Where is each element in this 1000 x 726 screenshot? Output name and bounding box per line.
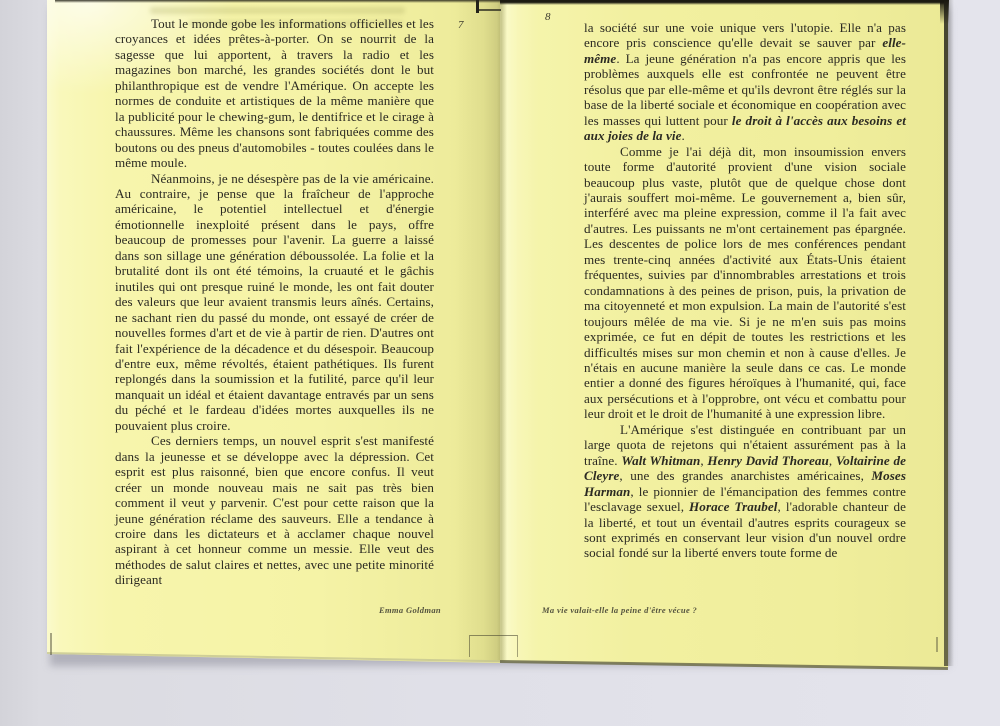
page-top-edge-shadow xyxy=(500,0,947,5)
page-corner-shadow xyxy=(940,0,949,24)
gutter-shadow xyxy=(455,0,539,662)
crop-mark-bottom-center xyxy=(469,635,518,657)
left-page-text: Tout le monde gobe les informations offi… xyxy=(115,16,434,588)
spine-mark xyxy=(479,9,501,11)
paragraph: Comme je l'ai déjà dit, mon insoumission… xyxy=(584,144,906,422)
running-footer-author: Emma Goldman xyxy=(115,605,441,615)
right-page-text: la société sur une voie unique vers l'ut… xyxy=(584,20,906,561)
ink-bleedthrough xyxy=(150,7,405,14)
paragraph: Néanmoins, je ne désespère pas de la vie… xyxy=(115,171,434,434)
paragraph: Ces derniers temps, un nouvel esprit s'e… xyxy=(115,433,434,588)
paragraph: L'Amérique s'est distinguée en contribua… xyxy=(584,422,906,561)
page-number-left: 7 xyxy=(458,19,464,31)
page-top-edge-shadow xyxy=(55,0,500,3)
book-scan: 7 8 Tout le monde gobe les informations … xyxy=(0,0,1000,726)
page-number-right: 8 xyxy=(545,11,551,23)
page-right-edge-shadow xyxy=(948,0,954,666)
paragraph: la société sur une voie unique vers l'ut… xyxy=(584,20,906,144)
running-footer-title: Ma vie valait-elle la peine d'être vécue… xyxy=(542,605,697,615)
crop-mark-bottom-right xyxy=(936,637,938,652)
spine-mark xyxy=(476,0,479,13)
crop-mark-bottom-left xyxy=(50,633,52,655)
paragraph: Tout le monde gobe les informations offi… xyxy=(115,16,434,171)
